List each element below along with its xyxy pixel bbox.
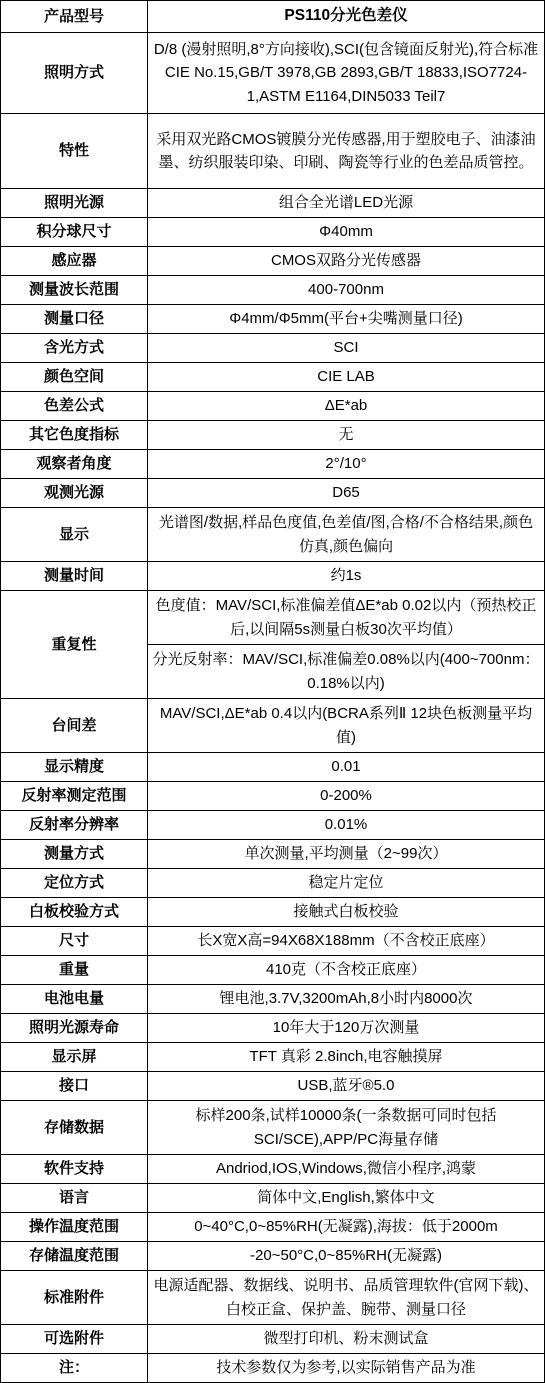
spec-value: 稳定片定位 (148, 869, 545, 898)
spec-label: 反射率测定范围 (1, 782, 148, 811)
table-row: 存储数据标样200条,试样10000条(一条数据可同时包括SCI/SCE),AP… (1, 1101, 545, 1155)
spec-value: CIE LAB (148, 363, 545, 392)
spec-label: 照明光源 (1, 189, 148, 218)
spec-value: 技术参数仅为参考,以实际销售产品为准 (148, 1354, 545, 1383)
spec-label: 测量口径 (1, 305, 148, 334)
spec-value: 接触式白板校验 (148, 898, 545, 927)
spec-value: SCI (148, 334, 545, 363)
table-row: 台间差MAV/SCI,ΔE*ab 0.4以内(BCRA系列Ⅱ 12块色板测量平均… (1, 699, 545, 753)
spec-label: 存储数据 (1, 1101, 148, 1155)
table-row: 存储温度范围-20~50°C,0~85%RH(无凝露) (1, 1242, 545, 1271)
table-row: 标准附件电源适配器、数据线、说明书、品质管理软件(官网下载)、白校正盒、保护盖、… (1, 1271, 545, 1325)
table-row: 观测光源D65 (1, 479, 545, 508)
spec-label: 软件支持 (1, 1155, 148, 1184)
spec-label: 感应器 (1, 247, 148, 276)
spec-value: CMOS双路分光传感器 (148, 247, 545, 276)
spec-label: 反射率分辨率 (1, 811, 148, 840)
spec-label: 存储温度范围 (1, 1242, 148, 1271)
spec-value: 标样200条,试样10000条(一条数据可同时包括SCI/SCE),APP/PC… (148, 1101, 545, 1155)
spec-label: 可选附件 (1, 1325, 148, 1354)
spec-label: 其它色度指标 (1, 421, 148, 450)
spec-label: 照明方式 (1, 33, 148, 114)
table-row: 测量时间约1s (1, 562, 545, 591)
spec-value: 0-200% (148, 782, 545, 811)
table-row: 操作温度范围0~40°C,0~85%RH(无凝露),海拔：低于2000m (1, 1213, 545, 1242)
table-row: 注：技术参数仅为参考,以实际销售产品为准 (1, 1354, 545, 1383)
spec-label: 重量 (1, 956, 148, 985)
spec-value: 光谱图/数据,样品色度值,色差值/图,合格/不合格结果,颜色仿真,颜色偏向 (148, 508, 545, 562)
table-row: 测量方式单次测量,平均测量（2~99次） (1, 840, 545, 869)
spec-label: 标准附件 (1, 1271, 148, 1325)
spec-value: D/8 (漫射照明,8°方向接收),SCI(包含镜面反射光),符合标准CIE N… (148, 33, 545, 114)
spec-value: 色度值：MAV/SCI,标准偏差值ΔE*ab 0.02以内（预热校正后,以间隔5… (148, 591, 545, 645)
spec-value: PS110分光色差仪 (148, 1, 545, 33)
spec-label: 语言 (1, 1184, 148, 1213)
spec-value: 简体中文,English,繁体中文 (148, 1184, 545, 1213)
spec-label: 电池电量 (1, 985, 148, 1014)
spec-value: Andriod,IOS,Windows,微信小程序,鸿蒙 (148, 1155, 545, 1184)
spec-label: 测量波长范围 (1, 276, 148, 305)
table-row: 显示光谱图/数据,样品色度值,色差值/图,合格/不合格结果,颜色仿真,颜色偏向 (1, 508, 545, 562)
table-row: 可选附件微型打印机、粉末测试盒 (1, 1325, 545, 1354)
spec-value: D65 (148, 479, 545, 508)
spec-value: 约1s (148, 562, 545, 591)
table-row: 照明光源组合全光谱LED光源 (1, 189, 545, 218)
table-row: 显示屏TFT 真彩 2.8inch,电容触摸屏 (1, 1043, 545, 1072)
spec-value: Φ40mm (148, 218, 545, 247)
spec-label: 尺寸 (1, 927, 148, 956)
spec-label: 观察者角度 (1, 450, 148, 479)
table-row: 感应器CMOS双路分光传感器 (1, 247, 545, 276)
spec-label: 重复性 (1, 591, 148, 699)
spec-value: Φ4mm/Φ5mm(平台+尖嘴测量口径) (148, 305, 545, 334)
spec-value: ΔE*ab (148, 392, 545, 421)
spec-table-body: 产品型号PS110分光色差仪照明方式D/8 (漫射照明,8°方向接收),SCI(… (1, 1, 545, 1383)
table-row: 产品型号PS110分光色差仪 (1, 1, 545, 33)
spec-label: 照明光源寿命 (1, 1014, 148, 1043)
spec-value: 采用双光路CMOS镀膜分光传感器,用于塑胶电子、油漆油墨、纺织服装印染、印刷、陶… (148, 114, 545, 189)
spec-value: 10年大于120万次测量 (148, 1014, 545, 1043)
spec-value: 410克（不含校正底座） (148, 956, 545, 985)
spec-value: 0.01% (148, 811, 545, 840)
table-row: 照明光源寿命10年大于120万次测量 (1, 1014, 545, 1043)
table-row: 积分球尺寸Φ40mm (1, 218, 545, 247)
spec-label: 特性 (1, 114, 148, 189)
spec-sheet: 产品型号PS110分光色差仪照明方式D/8 (漫射照明,8°方向接收),SCI(… (0, 0, 545, 1383)
spec-value: MAV/SCI,ΔE*ab 0.4以内(BCRA系列Ⅱ 12块色板测量平均值) (148, 699, 545, 753)
spec-label: 操作温度范围 (1, 1213, 148, 1242)
table-row: 含光方式SCI (1, 334, 545, 363)
spec-value: 电源适配器、数据线、说明书、品质管理软件(官网下载)、白校正盒、保护盖、腕带、测… (148, 1271, 545, 1325)
table-row: 接口USB,蓝牙®5.0 (1, 1072, 545, 1101)
table-row: 颜色空间CIE LAB (1, 363, 545, 392)
spec-value: -20~50°C,0~85%RH(无凝露) (148, 1242, 545, 1271)
spec-label: 测量方式 (1, 840, 148, 869)
spec-value: TFT 真彩 2.8inch,电容触摸屏 (148, 1043, 545, 1072)
spec-label: 白板校验方式 (1, 898, 148, 927)
table-row: 重量410克（不含校正底座） (1, 956, 545, 985)
table-row: 测量波长范围400-700nm (1, 276, 545, 305)
table-row: 语言简体中文,English,繁体中文 (1, 1184, 545, 1213)
spec-table: 产品型号PS110分光色差仪照明方式D/8 (漫射照明,8°方向接收),SCI(… (0, 0, 545, 1383)
spec-value: USB,蓝牙®5.0 (148, 1072, 545, 1101)
table-row: 特性采用双光路CMOS镀膜分光传感器,用于塑胶电子、油漆油墨、纺织服装印染、印刷… (1, 114, 545, 189)
table-row: 照明方式D/8 (漫射照明,8°方向接收),SCI(包含镜面反射光),符合标准C… (1, 33, 545, 114)
spec-label: 注： (1, 1354, 148, 1383)
table-row: 显示精度0.01 (1, 753, 545, 782)
spec-label: 积分球尺寸 (1, 218, 148, 247)
table-row: 定位方式稳定片定位 (1, 869, 545, 898)
table-row: 测量口径Φ4mm/Φ5mm(平台+尖嘴测量口径) (1, 305, 545, 334)
table-row: 电池电量锂电池,3.7V,3200mAh,8小时内8000次 (1, 985, 545, 1014)
spec-value: 分光反射率：MAV/SCI,标准偏差0.08%以内(400~700nm：0.18… (148, 645, 545, 699)
spec-value: 组合全光谱LED光源 (148, 189, 545, 218)
spec-value: 400-700nm (148, 276, 545, 305)
spec-value: 锂电池,3.7V,3200mAh,8小时内8000次 (148, 985, 545, 1014)
spec-label: 观测光源 (1, 479, 148, 508)
spec-label: 接口 (1, 1072, 148, 1101)
spec-value: 无 (148, 421, 545, 450)
table-row: 反射率测定范围0-200% (1, 782, 545, 811)
spec-label: 含光方式 (1, 334, 148, 363)
spec-label: 测量时间 (1, 562, 148, 591)
table-row: 尺寸长X宽X高=94X68X188mm（不含校正底座） (1, 927, 545, 956)
spec-value: 0.01 (148, 753, 545, 782)
table-row: 其它色度指标无 (1, 421, 545, 450)
spec-value: 微型打印机、粉末测试盒 (148, 1325, 545, 1354)
table-row: 反射率分辨率0.01% (1, 811, 545, 840)
spec-label: 显示 (1, 508, 148, 562)
table-row: 观察者角度2°/10° (1, 450, 545, 479)
spec-label: 定位方式 (1, 869, 148, 898)
table-row: 软件支持Andriod,IOS,Windows,微信小程序,鸿蒙 (1, 1155, 545, 1184)
spec-value: 长X宽X高=94X68X188mm（不含校正底座） (148, 927, 545, 956)
spec-value: 单次测量,平均测量（2~99次） (148, 840, 545, 869)
spec-label: 颜色空间 (1, 363, 148, 392)
spec-label: 色差公式 (1, 392, 148, 421)
spec-label: 显示精度 (1, 753, 148, 782)
spec-label: 台间差 (1, 699, 148, 753)
spec-label: 显示屏 (1, 1043, 148, 1072)
spec-value: 2°/10° (148, 450, 545, 479)
table-row: 色差公式ΔE*ab (1, 392, 545, 421)
spec-label: 产品型号 (1, 1, 148, 33)
spec-value: 0~40°C,0~85%RH(无凝露),海拔：低于2000m (148, 1213, 545, 1242)
table-row: 白板校验方式接触式白板校验 (1, 898, 545, 927)
table-row: 重复性色度值：MAV/SCI,标准偏差值ΔE*ab 0.02以内（预热校正后,以… (1, 591, 545, 645)
